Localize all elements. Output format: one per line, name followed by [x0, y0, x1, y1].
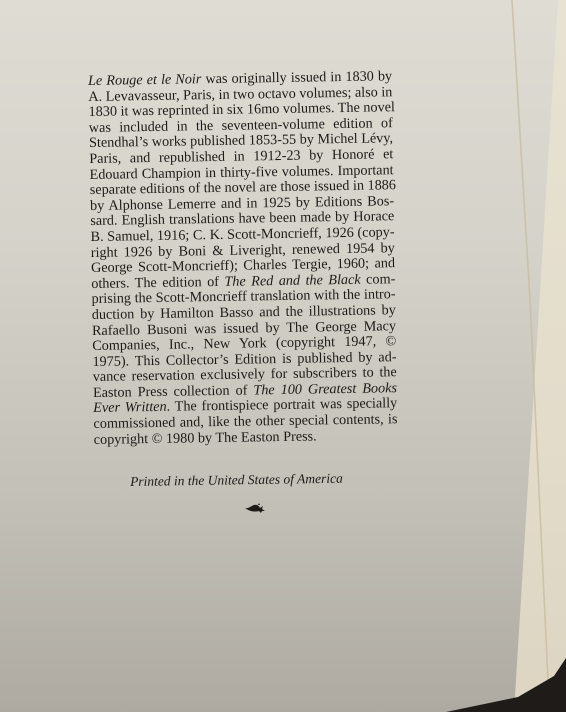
book-page: Le Rouge et le Noir was originally issue…	[0, 0, 566, 712]
text-segment: com-	[361, 271, 396, 288]
italic-title: Ever Written	[93, 399, 167, 416]
colophon-paragraph: Le Rouge et le Noir was originally issue…	[88, 69, 398, 448]
printed-in-line: Printed in the United States of America	[130, 470, 390, 490]
text-segment: copyright © 1980 by The Easton Press.	[94, 428, 317, 447]
bird-fleuron-icon	[244, 500, 268, 514]
next-page-edge	[506, 0, 566, 712]
text-line: copyright © 1980 by The Easton Press.	[94, 428, 398, 448]
